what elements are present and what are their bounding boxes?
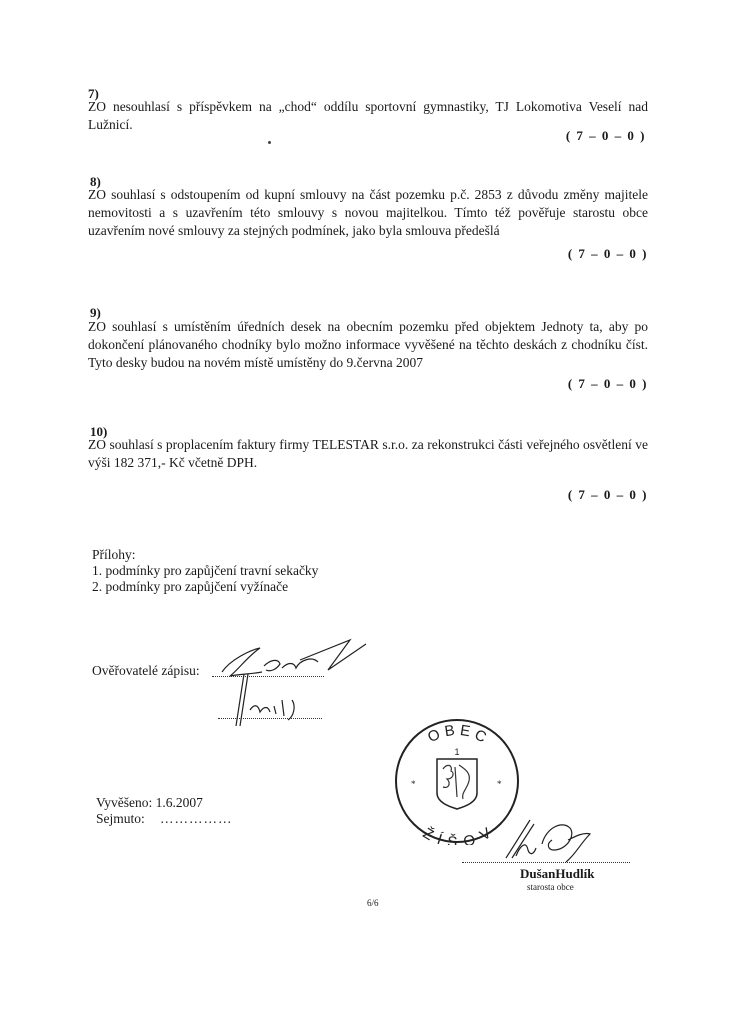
stamp-top-text: O B E C	[425, 722, 489, 746]
resolution-text-9: ZO souhlasí s umístěním úředních desek n…	[88, 318, 648, 372]
removed-label: Sejmuto:	[96, 810, 145, 827]
verifiers-label: Ověřovatelé zápisu:	[92, 662, 200, 679]
resolution-vote-9: ( 7 – 0 – 0 )	[540, 376, 648, 392]
signatory-title: starosta obce	[527, 882, 574, 892]
attachment-item: 2. podmínky pro zapůjčení vyžínače	[92, 578, 288, 595]
coat-of-arms-icon	[437, 759, 477, 809]
svg-text:O B E C: O B E C	[425, 722, 489, 746]
svg-text:*: *	[497, 779, 502, 789]
mayor-signature-line	[462, 862, 630, 863]
page-number: 6/6	[367, 898, 379, 908]
resolution-text-8: ZO souhlasí s odstoupením od kupní smlou…	[88, 186, 648, 240]
stamp-bottom-text: Ž Í Š O V	[420, 825, 494, 845]
resolution-vote-10: ( 7 – 0 – 0 )	[540, 487, 648, 503]
attachment-item: 1. podmínky pro zapůjčení travní sekačky	[92, 562, 318, 579]
stamp-number: 1	[454, 747, 459, 757]
resolution-text-10: ZO souhlasí s proplacením faktury firmy …	[88, 436, 648, 472]
svg-text:Ž Í Š O V: Ž Í Š O V	[420, 825, 494, 845]
attachments-title: Přílohy:	[92, 546, 136, 563]
posted-date: Vyvěšeno: 1.6.2007	[96, 794, 203, 811]
resolution-vote-7: ( 7 – 0 – 0 )	[540, 128, 646, 144]
mayor-signature	[496, 810, 606, 866]
speck	[268, 141, 271, 144]
svg-text:*: *	[411, 779, 416, 789]
resolution-vote-8: ( 7 – 0 – 0 )	[540, 246, 648, 262]
verifier-signatures	[200, 630, 380, 730]
removed-value: ……………	[160, 810, 233, 827]
signatory-name: DušanHudlík	[520, 866, 594, 882]
